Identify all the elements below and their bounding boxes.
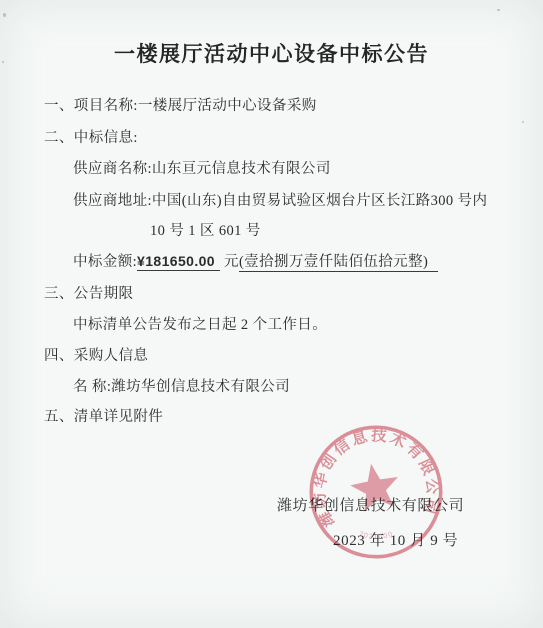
- signature-company: 潍坊华创信息技术有限公司: [277, 494, 464, 515]
- supplier-name-line: 供应商名称:山东亘元信息技术有限公司: [73, 157, 331, 178]
- purchaser-name-line: 名 称:潍坊华创信息技术有限公司: [73, 375, 290, 396]
- supplier-address-line1: 供应商地址:中国(山东)自由贸易试验区烟台片区长江路300 号内: [73, 189, 487, 210]
- bid-amount-in-words: (壹拾捌万壹仟陆佰伍拾元整): [239, 254, 438, 272]
- section-bid-info-header: 二、中标信息:: [44, 126, 138, 147]
- supplier-address-line2: 10 号 1 区 601 号: [150, 219, 261, 240]
- bid-amount-line: 中标金额:¥181650.00 元(壹拾捌万壹仟陆佰伍拾元整): [73, 250, 438, 271]
- notice-period-line: 中标清单公告发布之日起 2 个工作日。: [73, 313, 327, 334]
- scan-speck: [522, 121, 524, 123]
- scan-speck: [2, 61, 4, 63]
- section-purchaser-header: 四、采购人信息: [44, 344, 148, 365]
- section-attachment-note: 五、清单详见附件: [44, 405, 163, 426]
- document-title: 一楼展厅活动中心设备中标公告: [0, 38, 543, 68]
- section-notice-period-header: 三、公告期限: [44, 282, 133, 303]
- seal-ring-text: 潍坊华创信息技术有限公司: [299, 415, 448, 541]
- scan-speck: [3, 13, 6, 17]
- section-project-name: 一、项目名称:一楼展厅活动中心设备采购: [44, 94, 317, 115]
- scan-speck: [497, 9, 500, 11]
- bid-amount-label: 中标金额:: [73, 254, 137, 270]
- bid-amount-unit: 元: [220, 254, 239, 270]
- scanned-document-page: 一楼展厅活动中心设备中标公告 一、项目名称:一楼展厅活动中心设备采购 二、中标信…: [0, 0, 543, 628]
- signature-date: 2023 年 10 月 9 号: [333, 529, 458, 550]
- bid-amount-value: ¥181650.00: [137, 253, 220, 271]
